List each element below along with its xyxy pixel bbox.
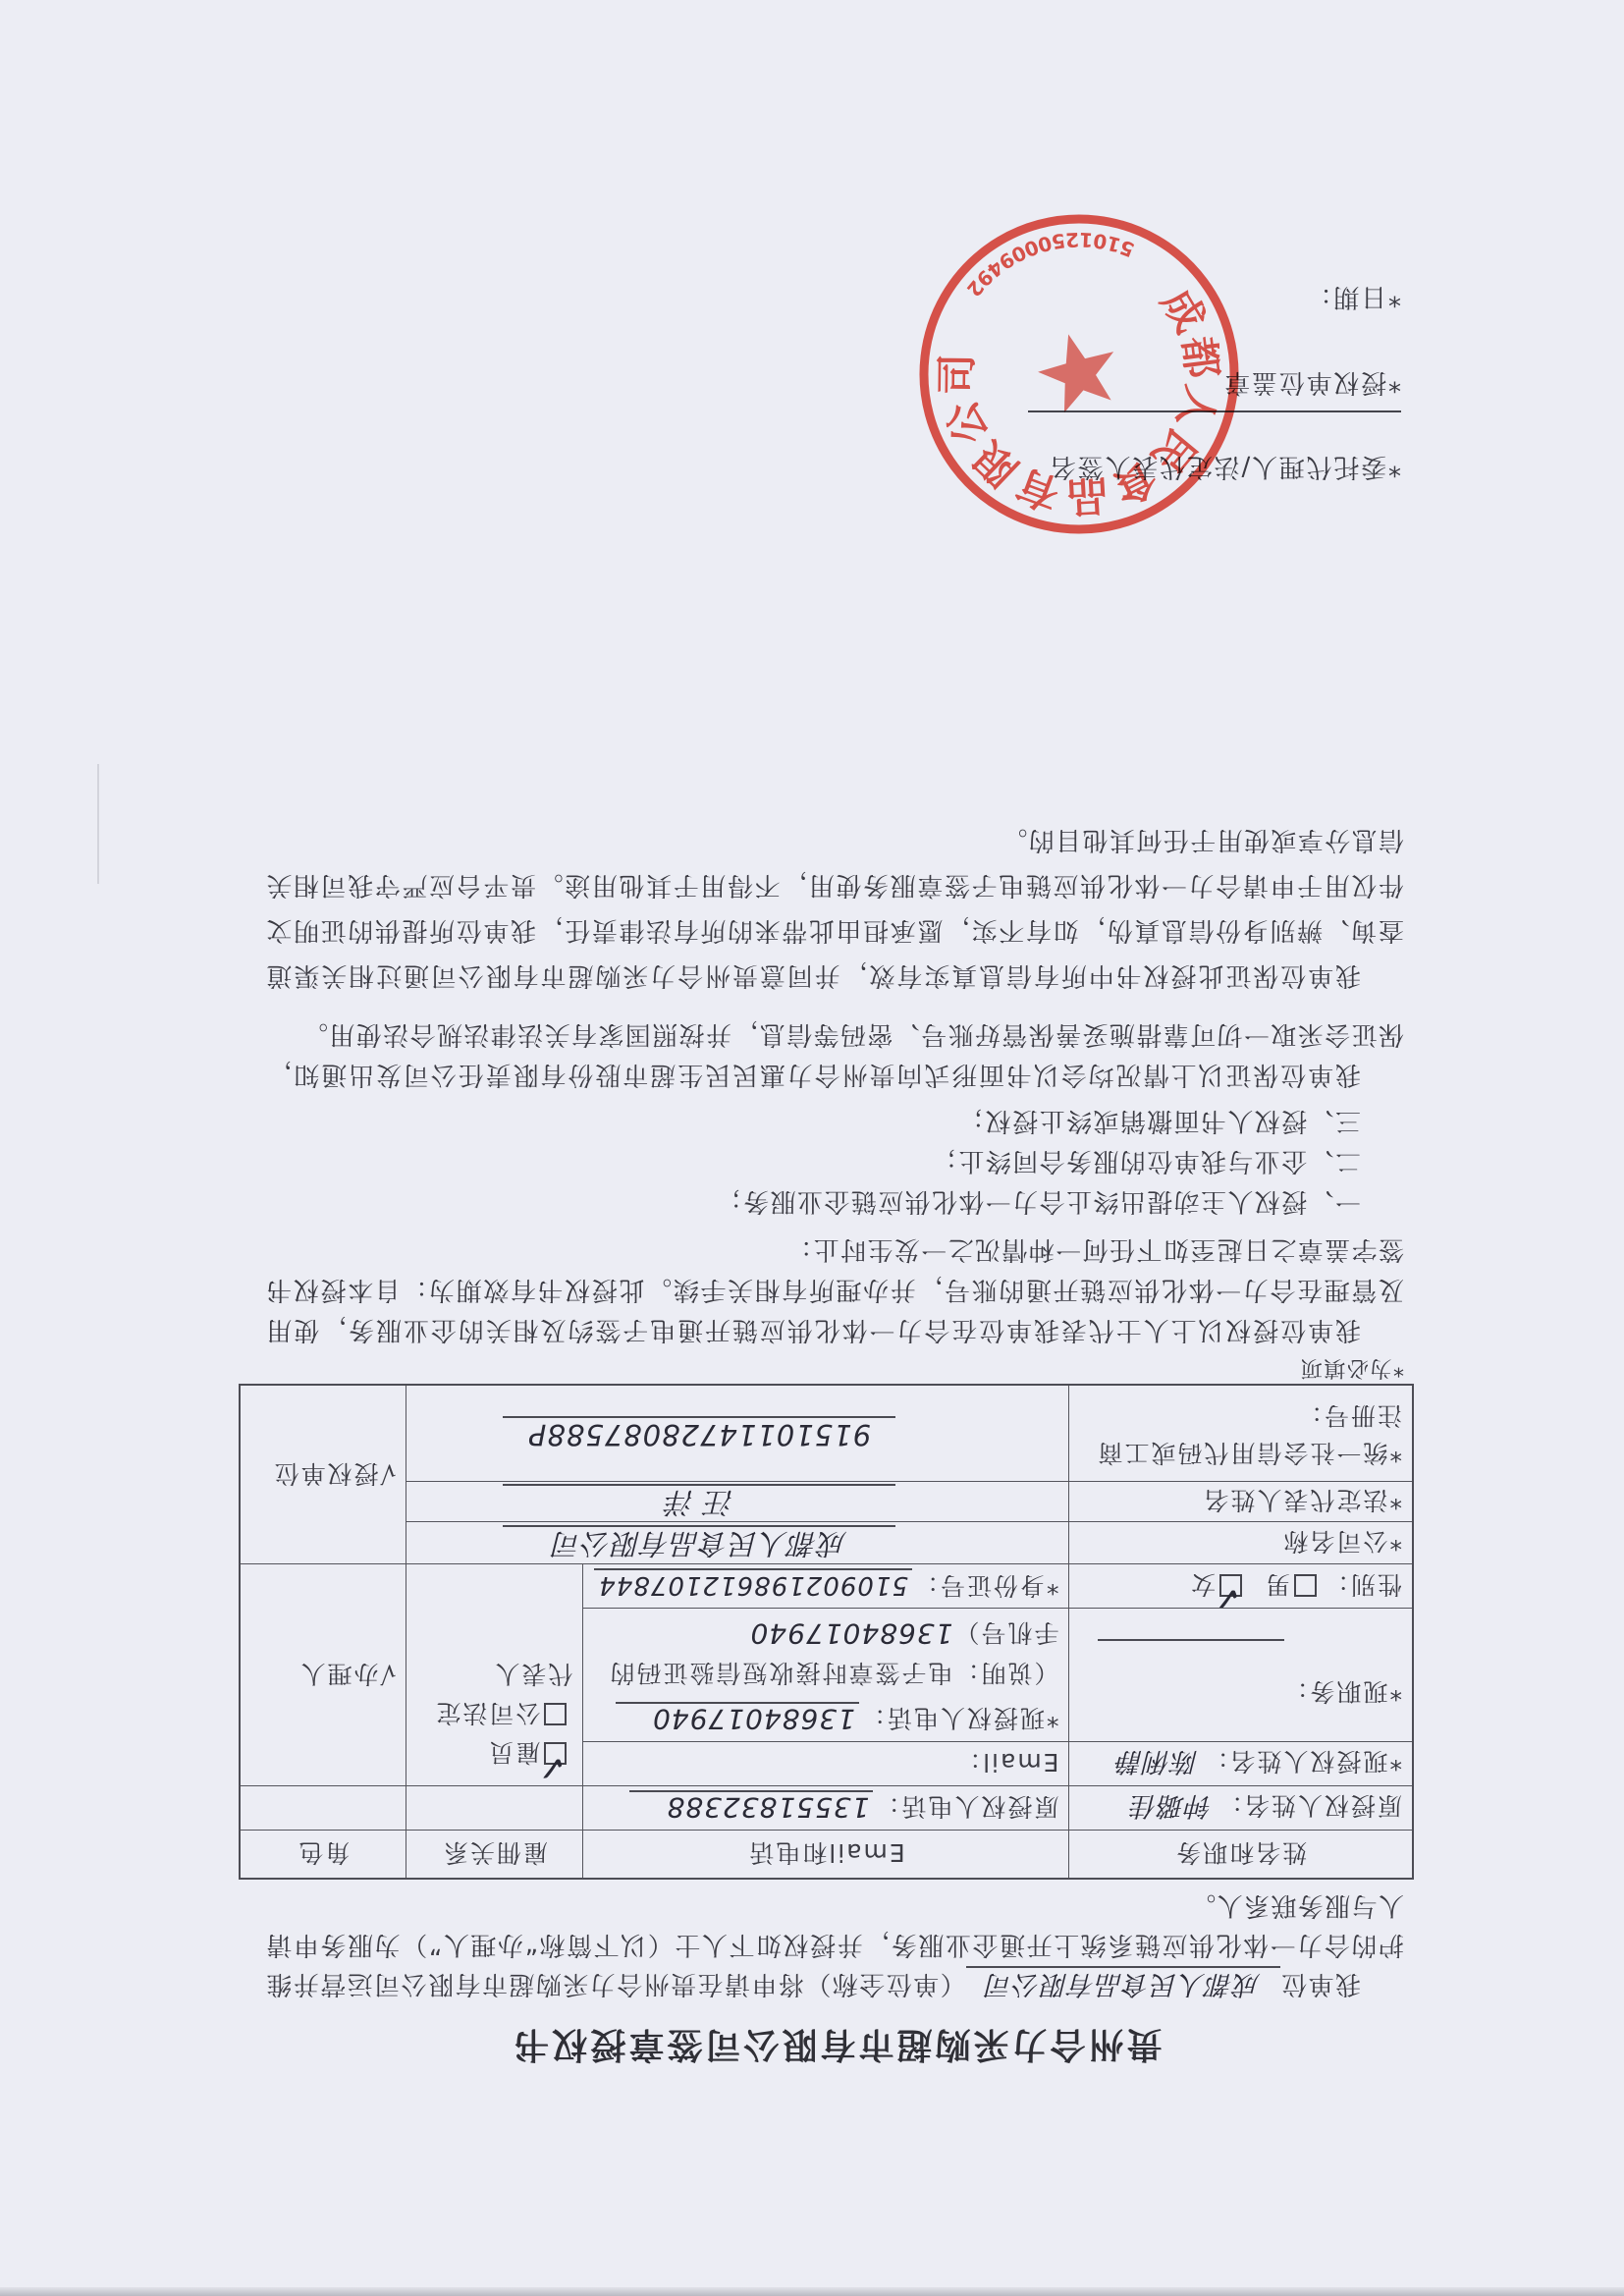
date-label: *日期： (1305, 281, 1401, 317)
id-number-value: 510902198612107844 (594, 1568, 912, 1600)
id-label: *身份证号： (912, 1571, 1059, 1600)
document-title: 贵州合力采购超市有限公司签章授权书 (49, 2022, 1624, 2072)
original-employment-cell (406, 1786, 583, 1831)
gender-male: 男 (1264, 1571, 1290, 1600)
credit-code-value: 91510114728087588P (504, 1416, 896, 1451)
phone-note-value: 13684017940 (750, 1618, 953, 1651)
original-phone-cell: 原授权人电话：13551832388 (583, 1786, 1069, 1831)
stamp-company-text: 成都人民食品有限公司 (920, 277, 1256, 551)
legal-rep-value-cell: 汪 洋 (406, 1482, 1069, 1522)
header-email-phone: Email和电话 (583, 1831, 1069, 1879)
credit-code-row: *统一社会信用代码或工商注册号： 91510114728087588P (240, 1385, 1413, 1482)
credit-code-label: *统一社会信用代码或工商注册号： (1073, 1396, 1402, 1471)
terms-section: 我单位授权以上人士代表我单位在合力一体化供应链开通电子签约及相关的企业服务，使用… (265, 817, 1404, 1349)
current-name-value: 陈俐静 (1115, 1746, 1198, 1777)
role-authorizing-unit: √授权单位 (273, 1459, 397, 1488)
role-unit-cell: √授权单位 (240, 1385, 406, 1564)
legal-rep-label-cell: *法定代表人姓名 (1069, 1482, 1413, 1522)
legal-rep-label: *法定代表人姓名 (1202, 1487, 1402, 1515)
original-role-cell (240, 1786, 406, 1831)
terms-item-3: 三、授权人书面撤销或终止授权； (265, 1100, 1404, 1140)
checkbox-icon (1294, 1575, 1317, 1598)
employment-option-employee: 雇员 (417, 1733, 573, 1773)
gender-label: 性别： (1323, 1571, 1402, 1600)
company-name-label-cell: *公司名称 (1069, 1522, 1413, 1564)
header-name-position: 姓名和职务 (1069, 1831, 1413, 1879)
current-phone-value: 13684017940 (616, 1703, 859, 1734)
gender-cell: 性别：男女 (1069, 1564, 1413, 1609)
email-label: Email： (954, 1749, 1058, 1777)
scan-edge (0, 2287, 1624, 2296)
document-page: 贵州合力采购超市有限公司签章授权书 我单位成都人民食品有限公司（单位全称）将申请… (0, 0, 1624, 2296)
role-agent-cell: √办理人 (240, 1564, 406, 1786)
position-blank-line (1098, 1640, 1284, 1642)
company-seal-stamp: 成都人民食品有限公司 5101250009492 (902, 197, 1256, 551)
required-note: *为必填项 (1299, 1354, 1404, 1385)
checkbox-icon (545, 1743, 568, 1766)
original-name-label: 原授权人姓名： (1217, 1791, 1402, 1820)
authorization-form-table: 姓名和职务 Email和电话 雇佣关系 角色 原授权人姓名：钟璐佳 原授权人电话… (239, 1384, 1414, 1880)
current-position-cell: *现职务： (1069, 1609, 1413, 1742)
current-name-label: *现授权人姓名： (1202, 1747, 1402, 1776)
employment-option-label: 雇员 (487, 1739, 540, 1768)
intro-paragraph: 我单位成都人民食品有限公司（单位全称）将申请在贵州合力采购超市有限公司运营并维护… (265, 1886, 1404, 2003)
legal-rep-value: 汪 洋 (504, 1485, 896, 1520)
intro-prefix: 我单位 (1280, 1969, 1361, 1998)
current-name-cell: *现授权人姓名：陈俐静 (1069, 1742, 1413, 1786)
id-number-cell: *身份证号：510902198612107844 (583, 1564, 1069, 1609)
current-authorizer-name-row: *现授权人姓名：陈俐静 Email： 雇员 公司法定代表人 √办理人 (240, 1742, 1413, 1786)
role-agent: √办理人 (299, 1660, 397, 1688)
original-name-value: 钟璐佳 (1130, 1790, 1213, 1821)
terms-paragraph-2: 我单位保证以上情况均会以书面形式向贵州合力惠民民生超市股份有限责任公司发出通知，… (265, 1013, 1404, 1094)
position-label: *现职务： (1281, 1678, 1402, 1707)
handwritten-company-name: 成都人民食品有限公司 (966, 1966, 1280, 1999)
terms-paragraph-1: 我单位授权以上人士代表我单位在合力一体化供应链开通电子签约及相关的企业服务，使用… (265, 1229, 1404, 1349)
terms-item-1: 一、授权人主动提出终止合力一体化供应链企业服务； (265, 1180, 1404, 1221)
employment-option-legal-rep: 公司法定代表人 (417, 1655, 573, 1733)
table-header-row: 姓名和职务 Email和电话 雇佣关系 角色 (240, 1831, 1413, 1879)
current-phone-label: *现授权人电话： (859, 1705, 1059, 1733)
terms-paragraph-3: 我单位保证此授权书中所有信息真实有效，并同意贵州合力采购超市有限公司通过相关渠道… (265, 817, 1404, 998)
original-phone-value: 13551832388 (629, 1791, 873, 1823)
terms-item-2: 二、企业与我单位的服务合同终止； (265, 1140, 1404, 1180)
header-role: 角色 (240, 1831, 406, 1879)
original-name-cell: 原授权人姓名：钟璐佳 (1069, 1786, 1413, 1831)
checkbox-icon (545, 1704, 568, 1726)
original-phone-label: 原授权人电话： (873, 1793, 1058, 1822)
employment-cell: 雇员 公司法定代表人 (406, 1564, 583, 1786)
current-email-cell: Email： (583, 1742, 1069, 1786)
company-name-value: 成都人民食品有限公司 (504, 1526, 896, 1561)
checkbox-icon (1219, 1575, 1242, 1598)
original-authorizer-row: 原授权人姓名：钟璐佳 原授权人电话：13551832388 (240, 1786, 1413, 1831)
header-employment: 雇佣关系 (406, 1831, 583, 1879)
credit-code-value-cell: 91510114728087588P (406, 1385, 1069, 1482)
credit-code-label-cell: *统一社会信用代码或工商注册号： (1069, 1385, 1413, 1482)
company-name-value-cell: 成都人民食品有限公司 (406, 1522, 1069, 1564)
current-phone-cell: *现授权人电话：13684017940 （说明：电子签章时接收短信验证码的手机号… (583, 1609, 1069, 1742)
company-name-row: *公司名称 成都人民食品有限公司 √授权单位 (240, 1522, 1413, 1564)
legal-rep-row: *法定代表人姓名 汪 洋 (240, 1482, 1413, 1522)
company-name-label: *公司名称 (1281, 1528, 1402, 1557)
scan-artifact-line (97, 764, 99, 884)
star-icon (1031, 324, 1126, 416)
